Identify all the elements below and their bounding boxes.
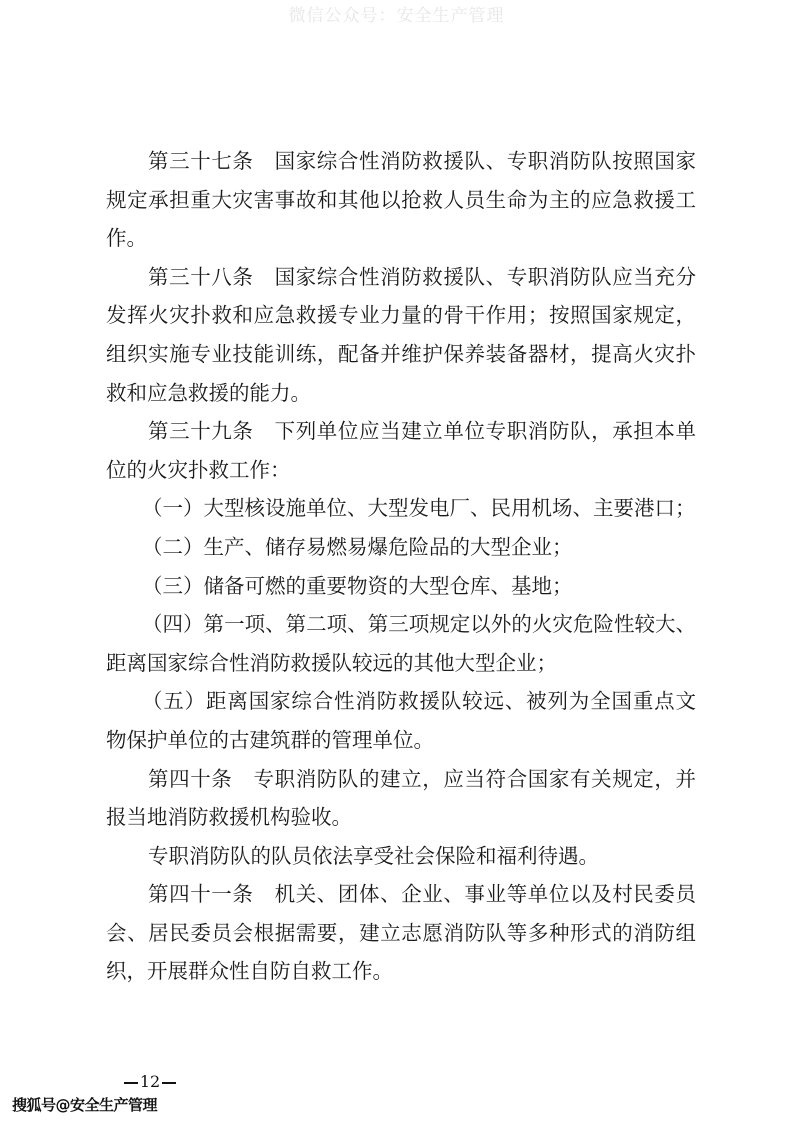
document-body: 第三十七条 国家综合性消防救援队、专职消防队按照国家 规定承担重大灾害事故和其他… xyxy=(106,142,696,991)
text-line: 发挥火灾扑救和应急救援专业力量的骨干作用；按照国家规定， xyxy=(106,296,696,335)
paragraph-article-41: 第四十一条 机关、团体、企业、事业等单位以及村民委员 会、居民委员会根据需要，建… xyxy=(106,875,696,991)
text-line: 作。 xyxy=(106,219,696,258)
text-line: 规定承担重大灾害事故和其他以抢救人员生命为主的应急救援工 xyxy=(106,181,696,220)
text-line: 距离国家综合性消防救援队较远的其他大型企业； xyxy=(106,644,696,683)
paragraph-article-40-p2: 专职消防队的队员依法享受社会保险和福利待遇。 xyxy=(106,837,696,876)
list-item-5: （五）距离国家综合性消防救援队较远、被列为全国重点文 物保护单位的古建筑群的管理… xyxy=(106,682,696,759)
paragraph-article-40: 第四十条 专职消防队的建立，应当符合国家有关规定，并 报当地消防救援机构验收。 xyxy=(106,760,696,837)
text-line: 位的火灾扑救工作： xyxy=(106,451,696,490)
dash-left xyxy=(124,1082,138,1084)
text-line: 报当地消防救援机构验收。 xyxy=(106,798,696,837)
watermark-top: 微信公众号：安全生产管理 xyxy=(0,1,793,26)
text-line: 会、居民委员会根据需要，建立志愿消防队等多种形式的消防组 xyxy=(106,914,696,953)
text-line: 第四十条 专职消防队的建立，应当符合国家有关规定，并 xyxy=(106,760,696,799)
list-item-3: （三）储备可燃的重要物资的大型仓库、基地； xyxy=(106,567,696,606)
text-line: （四）第一项、第二项、第三项规定以外的火灾危险性较大、 xyxy=(106,605,696,644)
list-item-4: （四）第一项、第二项、第三项规定以外的火灾危险性较大、 距离国家综合性消防救援队… xyxy=(106,605,696,682)
text-line: 专职消防队的队员依法享受社会保险和福利待遇。 xyxy=(106,837,696,876)
text-line: （一）大型核设施单位、大型发电厂、民用机场、主要港口； xyxy=(106,489,696,528)
page-number: 12 xyxy=(0,1072,300,1091)
text-line: 第三十九条 下列单位应当建立单位专职消防队，承担本单 xyxy=(106,412,696,451)
paragraph-article-38: 第三十八条 国家综合性消防救援队、专职消防队应当充分 发挥火灾扑救和应急救援专业… xyxy=(106,258,696,412)
text-line: （二）生产、储存易燃易爆危险品的大型企业； xyxy=(106,528,696,567)
source-watermark: 搜狐号@安全生产管理 xyxy=(12,1094,157,1115)
text-line: 织，开展群众性自防自救工作。 xyxy=(106,952,696,991)
text-line: 第三十七条 国家综合性消防救援队、专职消防队按照国家 xyxy=(106,142,696,181)
page-number-value: 12 xyxy=(140,1072,160,1091)
text-line: 第三十八条 国家综合性消防救援队、专职消防队应当充分 xyxy=(106,258,696,297)
text-line: 救和应急救援的能力。 xyxy=(106,374,696,413)
paragraph-article-39: 第三十九条 下列单位应当建立单位专职消防队，承担本单 位的火灾扑救工作： xyxy=(106,412,696,489)
paragraph-article-37: 第三十七条 国家综合性消防救援队、专职消防队按照国家 规定承担重大灾害事故和其他… xyxy=(106,142,696,258)
text-line: （三）储备可燃的重要物资的大型仓库、基地； xyxy=(106,567,696,606)
text-line: 组织实施专业技能训练，配备并维护保养装备器材，提高火灾扑 xyxy=(106,335,696,374)
text-line: （五）距离国家综合性消防救援队较远、被列为全国重点文 xyxy=(106,682,696,721)
list-item-2: （二）生产、储存易燃易爆危险品的大型企业； xyxy=(106,528,696,567)
text-line: 物保护单位的古建筑群的管理单位。 xyxy=(106,721,696,760)
text-line: 第四十一条 机关、团体、企业、事业等单位以及村民委员 xyxy=(106,875,696,914)
list-item-1: （一）大型核设施单位、大型发电厂、民用机场、主要港口； xyxy=(106,489,696,528)
dash-right xyxy=(162,1082,176,1084)
